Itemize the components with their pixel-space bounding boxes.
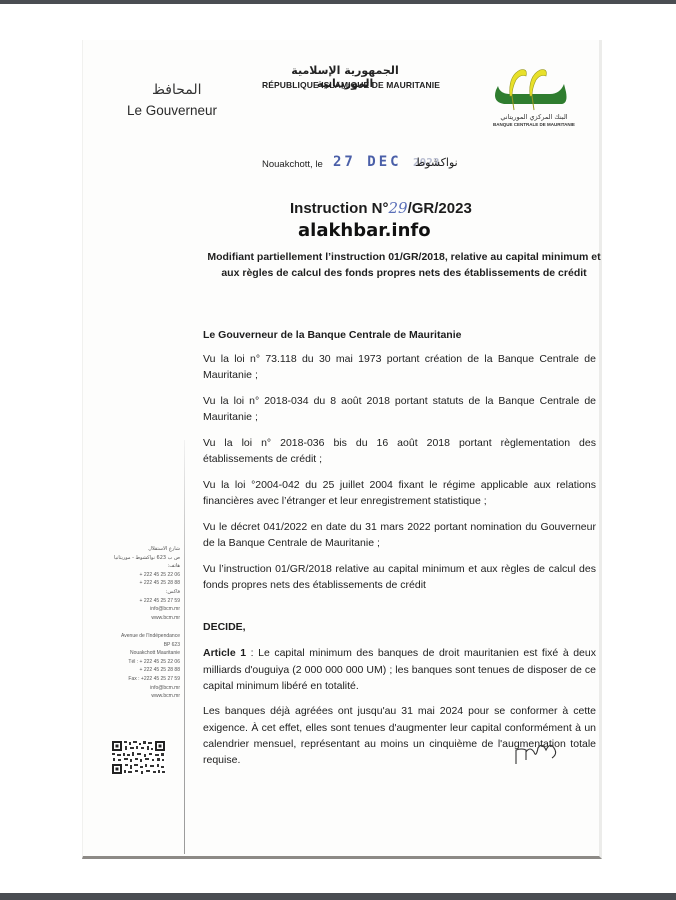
consideration-paragraph: Vu le décret 041/2022 en date du 31 mars…: [203, 519, 596, 551]
phone-label: هاتف:: [100, 562, 180, 571]
date-label: Nouakchott, le: [262, 159, 323, 170]
fax-number: Fax : +222 45 25 27 59: [100, 675, 180, 684]
bank-logo-text-arabic: البنك المركزي الموريتاني: [494, 113, 574, 121]
address-line: شارع الاستقلال: [100, 545, 180, 554]
date-stamp-day-month: 27 DEC: [333, 154, 402, 170]
article-1-label: Article 1: [203, 647, 246, 659]
instruction-title: Instruction N°29/GR/2023: [290, 199, 472, 217]
address-line: ص ب 623 نواكشوط - موريتانيا: [100, 554, 180, 563]
email: info@bcm.mr: [100, 684, 180, 693]
contact-block-arabic: شارع الاستقلال ص ب 623 نواكشوط - موريتان…: [100, 545, 180, 622]
article-1-paragraph: Article 1 : Le capital minimum des banqu…: [203, 645, 596, 694]
consideration-paragraph: Vu l’instruction 01/GR/2018 relative au …: [203, 561, 596, 593]
website: www.bcm.mr: [100, 692, 180, 701]
address-line: BP 623: [100, 641, 180, 650]
phone-number: + 222 45 25 28 88: [100, 666, 180, 675]
fax-number: + 222 45 25 27 59: [100, 597, 180, 606]
instruction-number: 29: [389, 199, 408, 217]
address-line: Nouakchott Mauritanie: [100, 649, 180, 658]
republic-name-french: RÉPUBLIQUE ISLAMIQUE DE MAURITANIE: [262, 80, 440, 90]
qr-code-icon: [111, 740, 166, 775]
contact-block-french: Avenue de l'Indépendance BP 623 Nouakcho…: [100, 632, 180, 701]
address-line: Avenue de l'Indépendance: [100, 632, 180, 641]
bank-logo-text-french: BANQUE CENTRALE DE MAURITANIE: [493, 122, 575, 127]
instruction-subtitle: Modifiant partiellement l’instruction 01…: [204, 249, 604, 281]
signature-initials-icon: [512, 738, 562, 768]
phone-number: Tél : + 222 45 25 22 06: [100, 658, 180, 667]
top-bar: [0, 0, 676, 4]
instruction-suffix: /GR/2023: [408, 200, 472, 217]
issuer-heading: Le Gouverneur de la Banque Centrale de M…: [203, 327, 596, 343]
phone-number: + 222 45 25 22 06: [100, 571, 180, 580]
fax-label: فاكس:: [100, 588, 180, 597]
governor-title-french: Le Gouverneur: [127, 103, 217, 118]
instruction-prefix: Instruction N°: [290, 200, 389, 217]
decide-heading: DECIDE,: [203, 619, 596, 635]
watermark: alakhbar.info: [298, 220, 431, 241]
phone-number: + 222 45 25 28 88: [100, 579, 180, 588]
sidebar-divider: [184, 440, 185, 854]
consideration-paragraph: Vu la loi °2004-042 du 25 juillet 2004 f…: [203, 477, 596, 509]
date-label-arabic: نواكشوط: [415, 156, 458, 169]
bottom-bar: [0, 893, 676, 900]
consideration-paragraph: Vu la loi n° 2018-034 du 8 août 2018 por…: [203, 393, 596, 425]
consideration-paragraph: Vu la loi n° 2018-036 bis du 16 août 201…: [203, 435, 596, 467]
article-1-text: : Le capital minimum des banques de droi…: [203, 647, 596, 691]
website: www.bcm.mr: [100, 614, 180, 623]
document-body: Le Gouverneur de la Banque Centrale de M…: [203, 327, 596, 778]
email: info@bcm.mr: [100, 605, 180, 614]
governor-title-arabic: المحافظ: [152, 82, 202, 98]
consideration-paragraph: Vu la loi n° 73.118 du 30 mai 1973 porta…: [203, 351, 596, 383]
